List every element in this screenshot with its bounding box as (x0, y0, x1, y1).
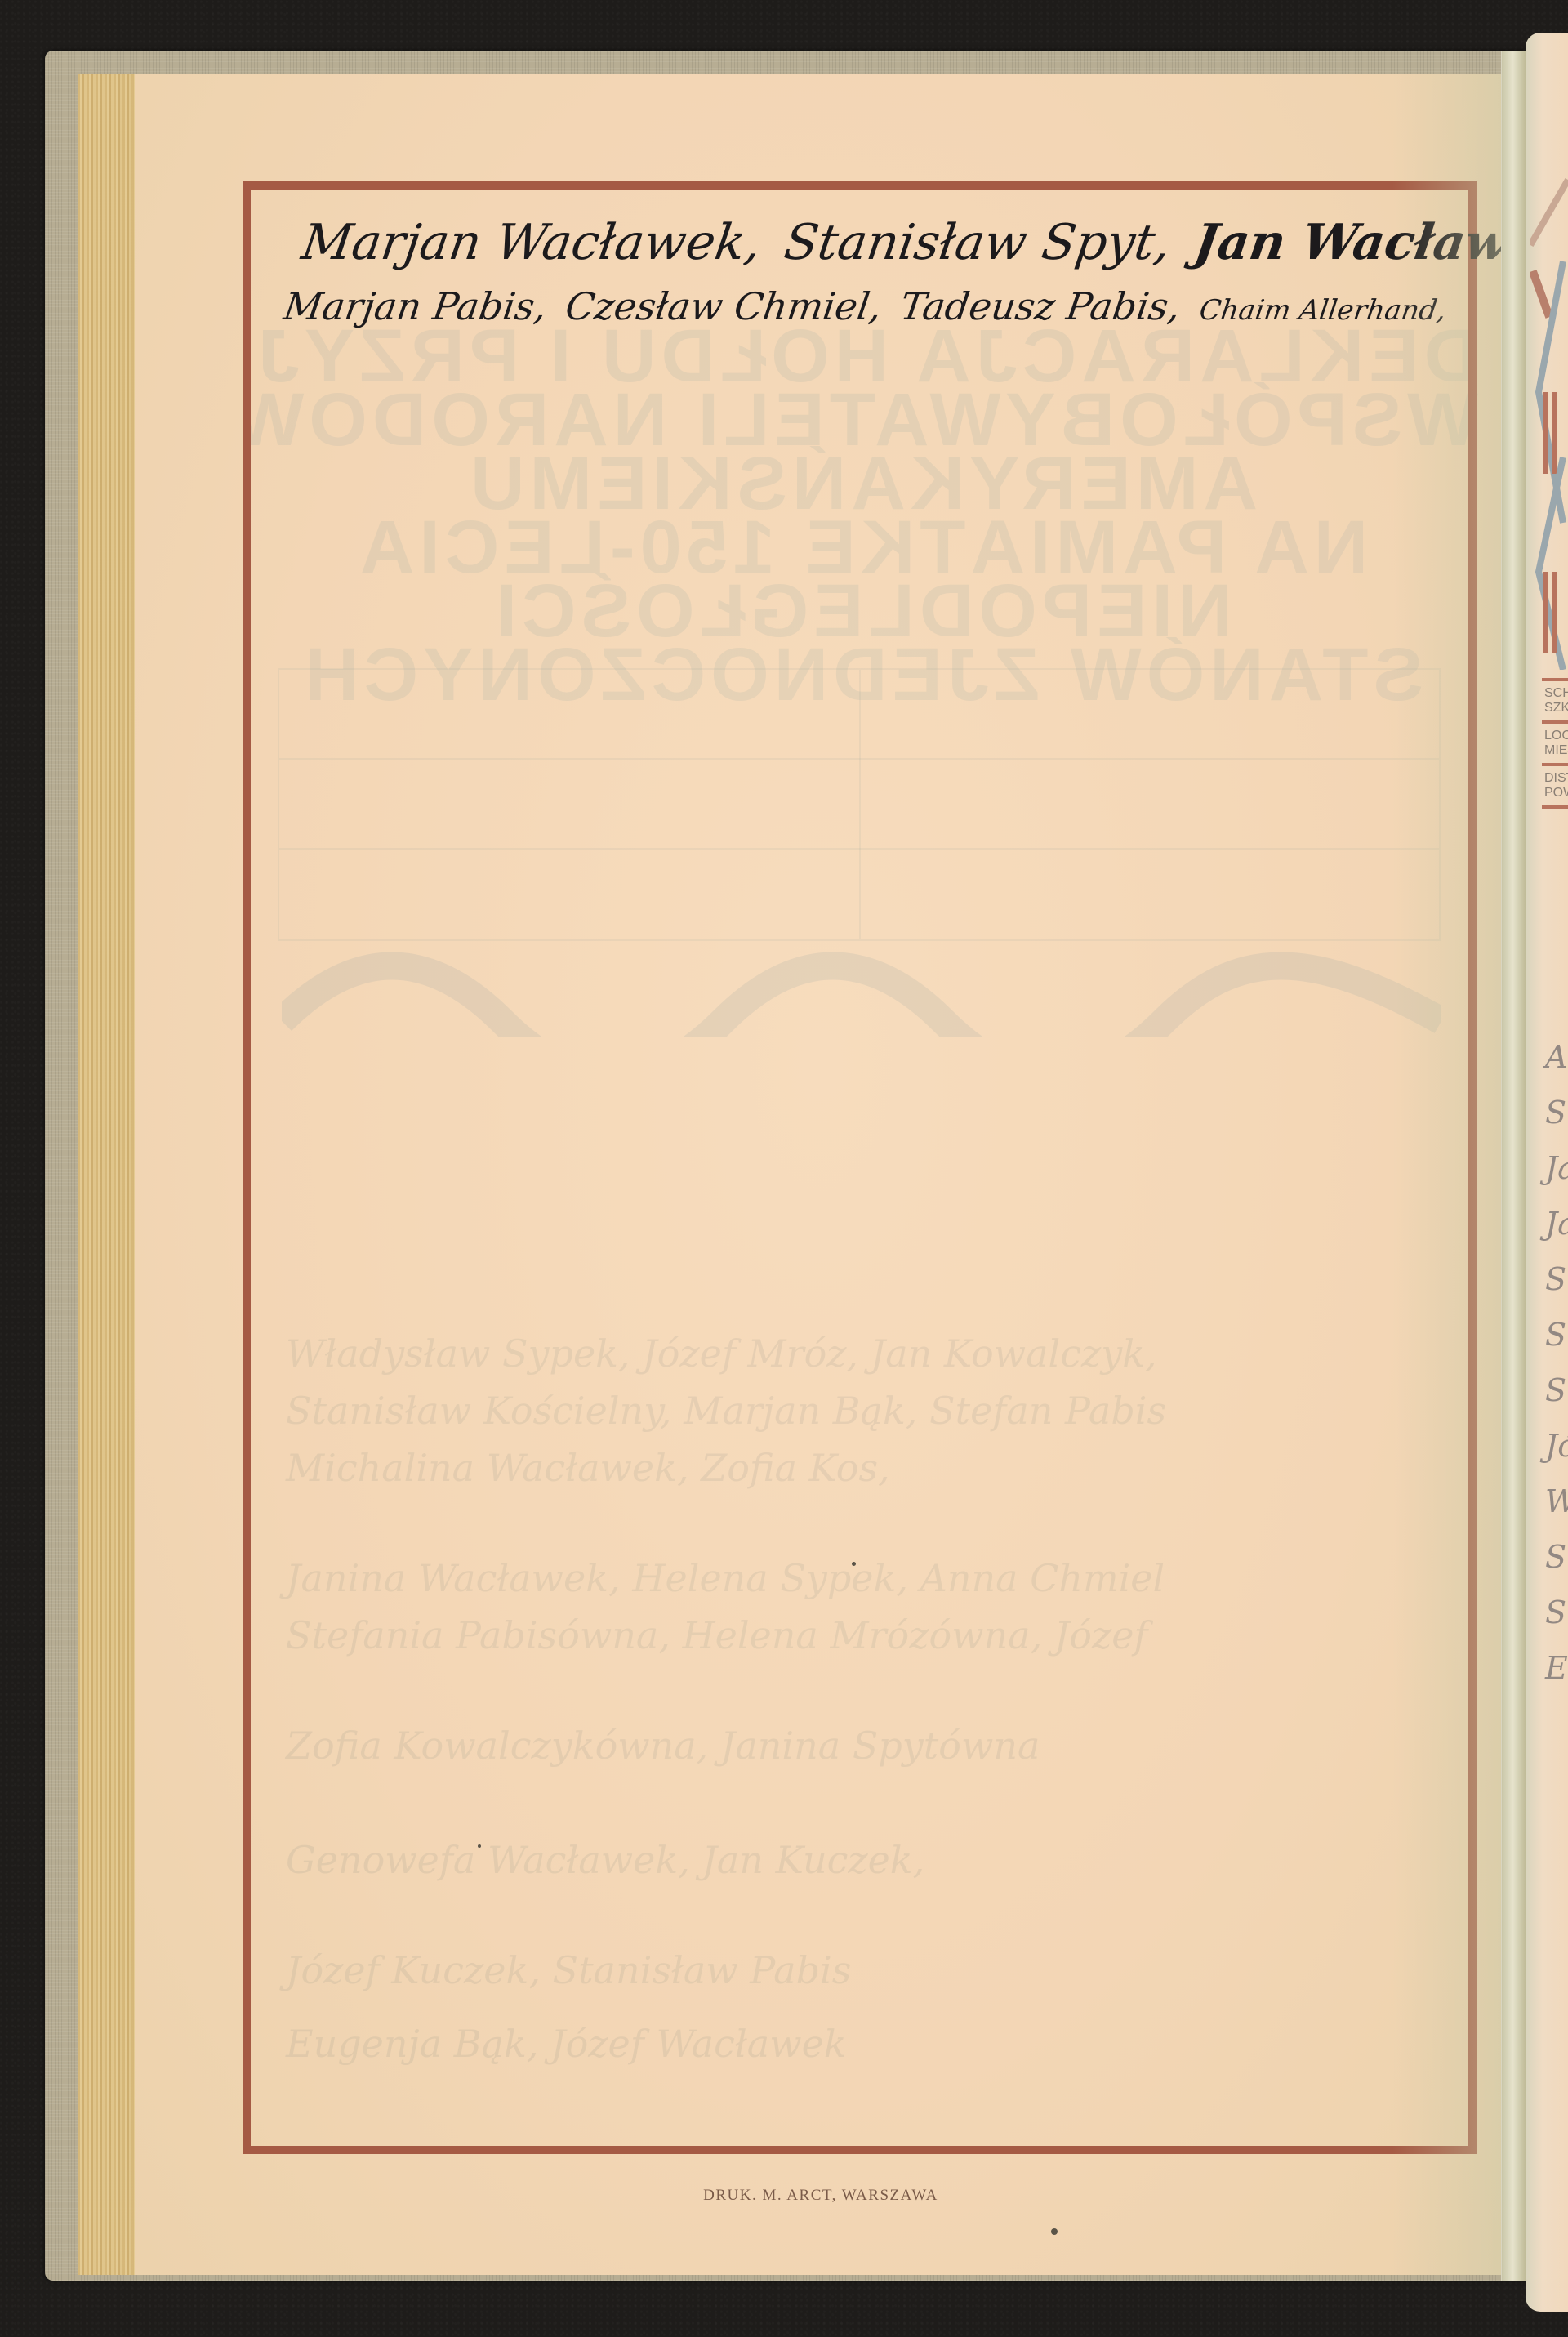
adjacent-script-fragment: Stan (1545, 1085, 1568, 1140)
signature-name: Chaim Allerhand, (1198, 294, 1449, 327)
adjacent-script-fragment: Eugi (1545, 1640, 1568, 1696)
signature-name: Jan Wacławek, (1191, 214, 1507, 271)
adjacent-script-fragment: Jani (1545, 1196, 1568, 1251)
adjacent-label-en: LOCAL (1544, 729, 1568, 743)
adjacent-label-en: SCHOO (1544, 686, 1568, 701)
adjacent-page-edge: SCHOO SZKOŁA LOCAL MIEJSC DISTRI POWIA A… (1526, 33, 1568, 2312)
adjacent-label-pl: POWIA (1544, 786, 1568, 801)
handwritten-names: Marjan Wacławek, Stanisław Spyt, Jan Wac… (278, 214, 1478, 328)
adjacent-script-fragment: Józef (1545, 1418, 1568, 1474)
names-line-1: Marjan Wacławek, Stanisław Spyt, Jan Wac… (302, 214, 1478, 279)
ink-speck (852, 1562, 856, 1566)
signature-name: Czesław Chmiel, (563, 284, 884, 328)
adjacent-script-fragment: Anna (1545, 1029, 1568, 1085)
adjacent-script-fragment: Stan (1545, 1585, 1568, 1640)
adjacent-table-cell: DISTRI POWIA (1542, 766, 1568, 809)
decorative-frame-border (243, 181, 1477, 2154)
adjacent-table-cell: SCHOO SZKOŁA (1542, 681, 1568, 724)
adjacent-script-fragment: Stefa (1545, 1307, 1568, 1363)
adjacent-page-ornament (1530, 147, 1568, 670)
adjacent-page-table: SCHOO SZKOŁA LOCAL MIEJSC DISTRI POWIA (1542, 678, 1568, 809)
book-gutter (1501, 51, 1526, 2281)
ink-speck (478, 1844, 481, 1848)
signature-name: Stanisław Spyt, (781, 214, 1174, 271)
adjacent-label-pl: SZKOŁA (1544, 701, 1568, 716)
adjacent-script-fragment: Stef (1545, 1251, 1568, 1307)
adjacent-table-cell: LOCAL MIEJSC (1542, 724, 1568, 766)
adjacent-label-en: DISTRI (1544, 771, 1568, 786)
ink-speck (1051, 2228, 1058, 2235)
adjacent-script-fragment: Stan (1545, 1529, 1568, 1585)
signature-name: Marjan Pabis, (281, 284, 550, 328)
adjacent-script-fragment: Jan (1545, 1140, 1568, 1196)
signature-name: Tadeusz Pabis, (898, 284, 1184, 328)
adjacent-script-fragment: Wład (1545, 1474, 1568, 1529)
adjacent-script-fragment: Stefa (1545, 1363, 1568, 1418)
book-page: DEKLARACJA HOŁDU I PRZYJAŹNI WSPÓŁOBYWAT… (135, 74, 1507, 2275)
adjacent-page-handwriting: Anna Stan Jan Jani Stef Stefa Stefa Józe… (1545, 1029, 1568, 1696)
signature-name: Marjan Wacławek, (298, 214, 764, 271)
printer-imprint: DRUK. M. ARCT, WARSZAWA (135, 2187, 1507, 2205)
fore-edge-page-stack (78, 74, 139, 2275)
names-line-2: Marjan Pabis, Czesław Chmiel, Tadeusz Pa… (284, 284, 1478, 328)
adjacent-label-pl: MIEJSC (1544, 743, 1568, 758)
